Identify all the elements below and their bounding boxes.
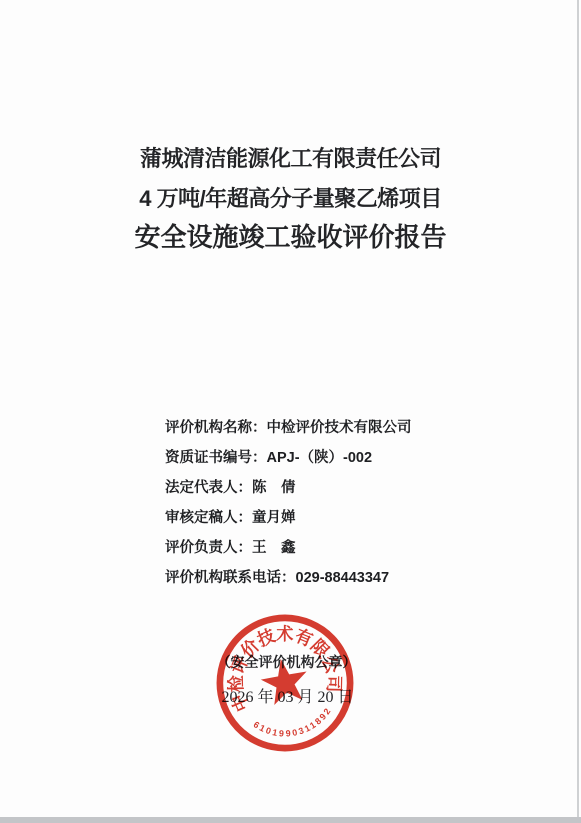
page-edge-right	[577, 0, 579, 823]
page-edge-bottom	[0, 817, 581, 823]
info-agency-name: 评价机构名称：中检评价技术有限公司	[165, 413, 525, 443]
info-evaluation-lead: 评价负责人：王 鑫	[165, 533, 525, 563]
info-contact-phone: 评价机构联系电话：029-88443347	[165, 563, 525, 593]
report-name-title: 安全设施竣工验收评价报告	[0, 221, 581, 253]
title-block: 蒲城清洁能源化工有限责任公司 4 万吨/年超高分子量聚乙烯项目 安全设施竣工验收…	[0, 145, 581, 253]
company-name-title: 蒲城清洁能源化工有限责任公司	[0, 145, 581, 173]
seal-star-icon	[258, 655, 311, 707]
project-name-title: 4 万吨/年超高分子量聚乙烯项目	[0, 185, 581, 213]
agency-info-block: 评价机构名称：中检评价技术有限公司 资质证书编号：APJ-（陕）-002 法定代…	[165, 413, 525, 593]
info-legal-representative: 法定代表人：陈 倩	[165, 473, 525, 503]
company-seal-stamp-icon: 中检评价技术有限公司 6101990311892	[199, 597, 370, 768]
info-certificate-number: 资质证书编号：APJ-（陕）-002	[165, 443, 525, 473]
report-cover-page: 蒲城清洁能源化工有限责任公司 4 万吨/年超高分子量聚乙烯项目 安全设施竣工验收…	[0, 0, 581, 823]
info-review-finalizer: 审核定稿人：童月婵	[165, 503, 525, 533]
